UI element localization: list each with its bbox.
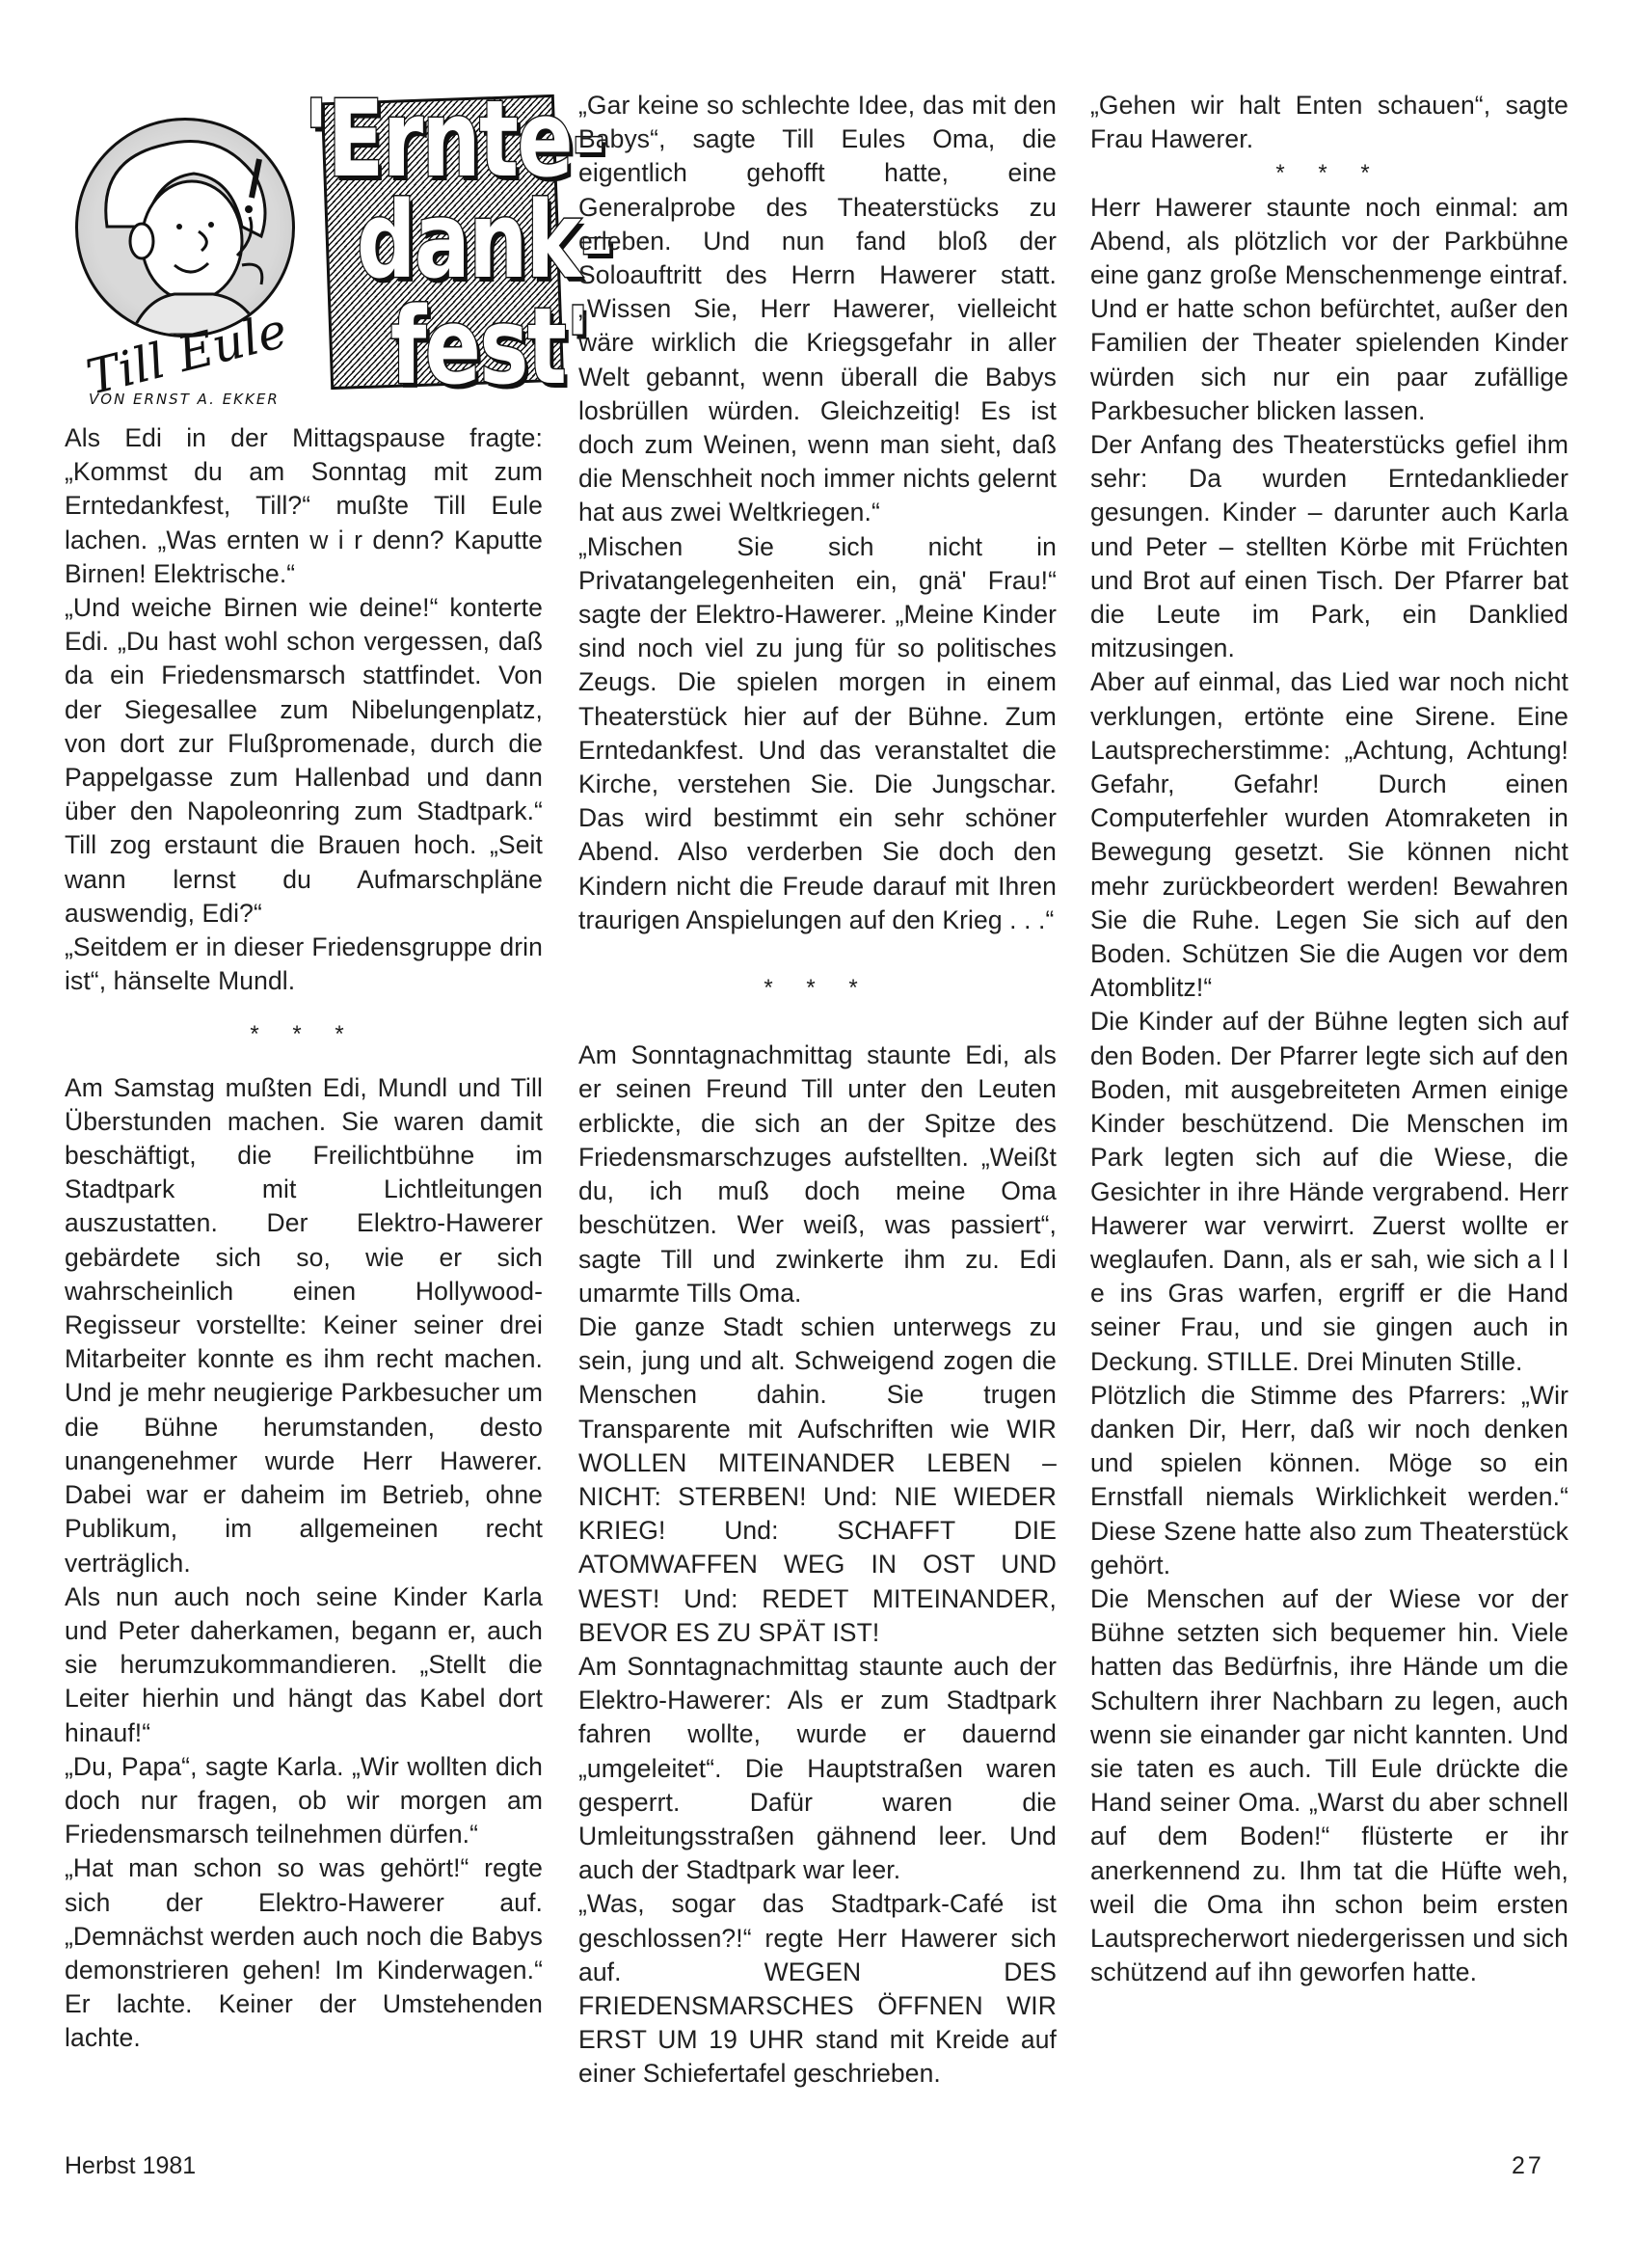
issue-label: Herbst 1981 [65,2152,196,2180]
paragraph: „Gar keine so schlechte Idee, das mit de… [578,89,1057,530]
page-number: 27 [1512,2152,1544,2180]
paragraph: „Und weiche Birnen wie deine!“ konterte … [65,591,543,931]
paragraph: „Mischen Sie sich nicht in Privatangeleg… [578,530,1057,937]
section-divider: * * * [65,1017,543,1051]
paragraph: „Was, sogar das Stadtpark-Café ist gesch… [578,1887,1057,2091]
page-title: 'Ernte- dank- fest' [246,77,574,424]
paragraph: Herr Hawerer staunte noch einmal: am Abe… [1090,191,1568,428]
paragraph: Am Samstag mußten Edi, Mundl und Till Üb… [65,1071,543,1580]
paragraph: Aber auf einmal, das Lied war noch nicht… [1090,665,1568,1005]
paragraph: Am Sonntagnachmittag staunte Edi, als er… [578,1039,1057,1310]
column-middle: „Gar keine so schlechte Idee, das mit de… [578,89,1057,2092]
paragraph: Plötzlich die Stimme des Pfarrers: „Wir … [1090,1379,1568,1582]
paragraph: „Hat man schon so was gehört!“ regte sic… [65,1851,543,2055]
paragraph: Die Menschen auf der Wiese vor der Bühne… [1090,1582,1568,1989]
paragraph: „Seitdem er in dieser Friedensgruppe dri… [65,931,543,998]
paragraph: Die ganze Stadt schien unterwegs zu sein… [578,1310,1057,1650]
column-left: Als Edi in der Mittagspause fragte: „Kom… [65,421,543,2056]
header-illustration: Till Eule VON ERNST A. EKKER 'Ernte- dan… [67,77,569,424]
title-line-2: dank- [357,178,612,302]
paragraph: Als nun auch noch seine Kinder Karla und… [65,1580,543,1750]
section-divider: * * * [578,971,1057,1005]
paragraph: Als Edi in der Mittagspause fragte: „Kom… [65,421,543,591]
paragraph: Die Kinder auf der Bühne legten sich auf… [1090,1005,1568,1378]
paragraph: „Gehen wir halt Enten schauen“, sagte Fr… [1090,89,1568,156]
paragraph: Der Anfang des Theaterstücks gefiel ihm … [1090,428,1568,665]
column-right: „Gehen wir halt Enten schauen“, sagte Fr… [1090,89,1568,1989]
title-line-3: fest' [390,284,589,408]
section-divider: * * * [1090,156,1568,190]
paragraph: „Du, Papa“, sagte Karla. „Wir wollten di… [65,1750,543,1852]
paragraph: Am Sonntagnachmittag staunte auch der El… [578,1650,1057,1887]
